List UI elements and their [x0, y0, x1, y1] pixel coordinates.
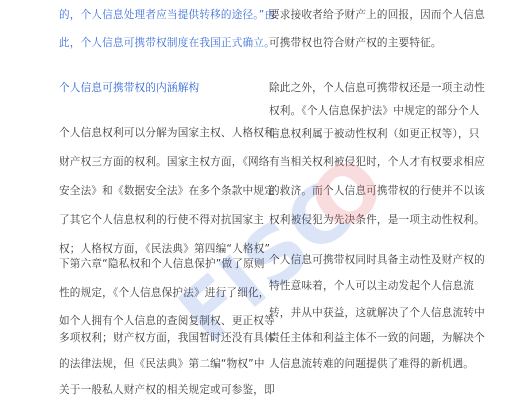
- section-heading: 个人信息可携带权的内涵解构: [59, 81, 199, 95]
- body-line: 下第六章“隐私权和个人信息保护”做了原则: [59, 257, 265, 271]
- intro-line: 此，个人信息可携带权制度在我国正式确立。: [59, 36, 275, 50]
- body-line: 有当相关权利被侵犯时，个人才有权要求相应: [269, 155, 485, 169]
- body-line: 的法律法规，但《民法典》第二编“物权”中: [59, 357, 265, 371]
- body-line: 如个人拥有个人信息的查阅复制权、更正权等: [59, 314, 275, 328]
- body-line: 权利被侵犯为先决条件，是一项主动性权利。: [269, 213, 485, 227]
- body-line: 转，并从中获益，这就解决了个人信息流转中: [269, 306, 485, 320]
- body-line: 个人信息权利可以分解为国家主权、人格权和: [59, 126, 275, 140]
- body-line: 权利。《个人信息保护法》中规定的部分个人: [269, 104, 480, 118]
- intro-line: 的，个人信息处理者应当提供转移的途径。”由: [59, 8, 275, 22]
- body-line: 除此之外，个人信息可携带权还是一项主动性: [269, 81, 485, 95]
- body-line: 了其它个人信息权利的行使不得对抗国家主: [59, 213, 264, 227]
- body-line: 的救济。而个人信息可携带权的行使并不以该: [269, 184, 485, 198]
- body-line: 特性意味着，个人可以主动发起个人信息流: [269, 279, 474, 293]
- body-line: 人信息流转难的问题提供了难得的新机遇。: [269, 357, 474, 371]
- body-line: 性的规定，《个人信息保护法》进行了细化，: [59, 286, 270, 300]
- body-line: 权；人格权方面，《民法典》第四编“人格权”: [59, 242, 270, 256]
- body-line: 关于一般私人财产权的相关规定或可参鉴，即: [59, 383, 275, 397]
- body-line: 个人信息可携带权同时具备主动性及财产权的: [269, 253, 485, 267]
- body-line: 可携带权也符合财产权的主要特征。: [269, 36, 442, 50]
- body-line: 财产权三方面的权利。国家主权方面，《网络: [59, 155, 270, 169]
- body-line: 多项权利；财产权方面，我国暂时还没有具体: [59, 331, 275, 345]
- body-line: 信息权利属于被动性权利（如更正权等），只: [269, 127, 480, 141]
- body-line: 责任主体和利益主体不一致的问题，为解决个: [269, 331, 485, 345]
- document-page: 的，个人信息处理者应当提供转移的途径。”由 此，个人信息可携带权制度在我国正式确…: [0, 0, 520, 400]
- body-line: 要求接收者给予财产上的回报，因而个人信息: [269, 8, 485, 22]
- body-line: 安全法》和《数据安全法》在多个条款中规定: [59, 184, 275, 198]
